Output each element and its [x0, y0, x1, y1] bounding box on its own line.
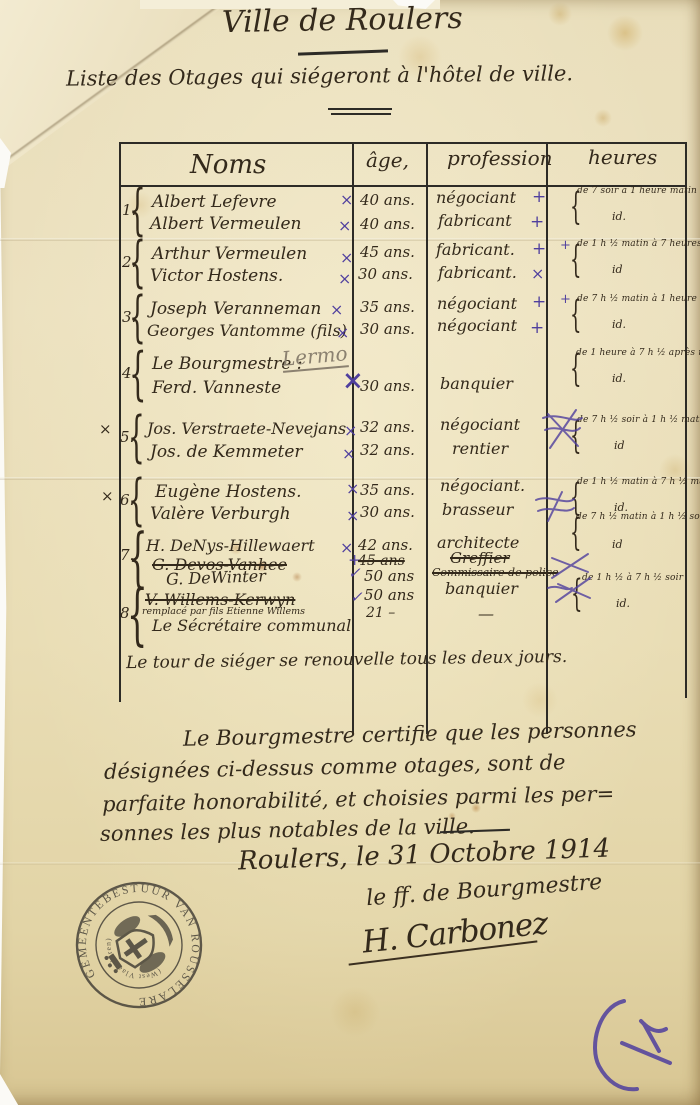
- row-brace: {: [128, 476, 145, 526]
- hours-idem: id.: [616, 598, 630, 609]
- profession-value: —: [478, 606, 494, 622]
- check-mark: ×: [336, 325, 349, 341]
- document-subtitle: Liste des Otages qui siégeront à l'hôtel…: [66, 63, 573, 89]
- check-mark: ×: [330, 302, 343, 318]
- hours-value: de 1 h ½ à 7 h ½ soir: [582, 574, 683, 583]
- check-mark: ×: [346, 481, 359, 497]
- hours-value: de 7 h ½ soir à 1 h ½ matin: [577, 416, 700, 425]
- hours-value: de 1 h ½ matin à 7 h ½ matin: [577, 478, 700, 487]
- profession-value: fabricant: [438, 213, 512, 229]
- column-divider-profession: [426, 142, 428, 734]
- profession-value: négociant: [436, 190, 516, 206]
- x-mark: ×: [531, 266, 544, 282]
- header-heures: heures: [588, 147, 657, 167]
- age-value: 30 ans.: [358, 267, 413, 282]
- hostage-name: Albert Vermeulen: [150, 216, 302, 233]
- hours-value: de 1 heure à 7 h ½ après midi: [576, 349, 700, 358]
- profession-value: négociant: [440, 417, 520, 433]
- row-brace: {: [129, 238, 146, 288]
- profession-value: brasseur: [442, 502, 513, 518]
- hours-idem: id: [612, 264, 623, 275]
- row-brace: {: [129, 186, 146, 236]
- hostage-name: Le Bourgmestre :: [152, 356, 303, 373]
- hostage-name: Eugène Hostens.: [155, 484, 301, 501]
- hostage-name: Georges Vantomme (fils): [147, 323, 347, 339]
- age-struck: 45 ans: [358, 554, 405, 568]
- row-brace: {: [129, 348, 146, 400]
- check-mark: ×: [342, 446, 355, 462]
- margin-mark: ×: [101, 489, 114, 504]
- hours-idem: id: [612, 539, 623, 550]
- hostage-name: G. DeWinter: [166, 568, 266, 587]
- hours-value: de 7 soir à 1 heure matin: [577, 187, 697, 196]
- hostage-name: Ferd. Vanneste: [152, 380, 281, 397]
- age-value: 45 ans.: [360, 245, 415, 260]
- hours-brace: {: [571, 577, 582, 611]
- header-noms: Noms: [190, 152, 266, 178]
- hours-idem: id: [614, 440, 625, 451]
- check-mark: ×: [338, 218, 351, 234]
- age-value: 30 ans.: [360, 379, 415, 394]
- age-value: 32 ans.: [360, 420, 415, 435]
- profession-value: banquier: [440, 376, 513, 392]
- age-value: 35 ans.: [360, 483, 415, 498]
- hours-idem: id.: [612, 319, 626, 330]
- table-border-top: [119, 142, 687, 144]
- plus-mark: +: [532, 241, 546, 258]
- hours-value: de 1 h ½ matin à 7 heures matin: [577, 240, 700, 249]
- plus-mark: +: [530, 214, 544, 231]
- plus-mark: +: [532, 189, 546, 206]
- hours-idem: id.: [612, 211, 626, 222]
- hostage-name: Joseph Veranneman: [150, 301, 321, 318]
- age-value: 32 ans.: [360, 443, 415, 458]
- hostage-name: Arthur Vermeulen: [152, 246, 307, 263]
- margin-mark: ×: [99, 422, 112, 437]
- hostage-name: H. DeNys-Hillewaert: [146, 538, 315, 554]
- check-mark: ×: [340, 250, 353, 266]
- age-value: 35 ans.: [360, 300, 415, 315]
- plus-mark: +: [530, 320, 544, 337]
- age-value: 40 ans.: [360, 193, 415, 208]
- check-mark: ×: [346, 508, 359, 524]
- hours-idem: id.: [612, 373, 626, 384]
- profession-value: négociant: [437, 318, 517, 334]
- profession-struck: Greffier: [450, 551, 510, 566]
- age-value: 40 ans.: [360, 217, 415, 232]
- scanned-document: Ville de Roulers Liste des Otages qui si…: [0, 0, 700, 1105]
- hostage-name: Le Sécrétaire communal: [152, 618, 351, 634]
- hostage-name: Valère Verburgh: [150, 506, 291, 523]
- profession-value: négociant: [437, 296, 517, 312]
- age-value: 50 ans: [364, 588, 414, 603]
- profession-value: rentier: [452, 441, 508, 457]
- check-mark: ×: [344, 423, 357, 439]
- age-value: 50 ans: [364, 569, 414, 584]
- age-value: 42 ans.: [358, 538, 413, 553]
- row-brace: {: [129, 293, 146, 343]
- profession-struck: Commissaire de police: [432, 567, 558, 578]
- subtitle-underline: [328, 108, 392, 110]
- profession-value: fabricant.: [438, 265, 517, 281]
- hostage-name: Jos. Verstraete-Nevejans: [147, 421, 346, 437]
- document-title: Ville de Roulers: [222, 4, 463, 38]
- profession-value: négociant.: [440, 478, 525, 494]
- column-divider-heures: [546, 142, 548, 734]
- check-mark: ×: [340, 192, 353, 208]
- hours-value: de 7 h ½ matin à 1 h ½ soir: [576, 513, 700, 522]
- check-mark: ×: [338, 271, 351, 287]
- row-brace: {: [128, 413, 145, 463]
- hours-value: de 7 h ½ matin à 1 heure relevée: [577, 295, 700, 304]
- header-profession: profession: [447, 148, 553, 168]
- hostage-name: Albert Lefevre: [152, 194, 277, 211]
- plus-mark: +: [532, 294, 546, 311]
- header-age: âge,: [366, 150, 409, 170]
- age-value: 30 ans.: [360, 322, 415, 337]
- profession-value: banquier: [445, 581, 518, 597]
- age-value: 21 –: [366, 606, 395, 620]
- age-value: 30 ans.: [360, 505, 415, 520]
- subtitle-underline: [331, 113, 391, 115]
- hostage-name: Jos. de Kemmeter: [150, 444, 303, 461]
- hostage-name: Victor Hostens.: [150, 268, 283, 285]
- check-mark: ✓: [350, 590, 363, 605]
- profession-value: fabricant.: [436, 242, 515, 258]
